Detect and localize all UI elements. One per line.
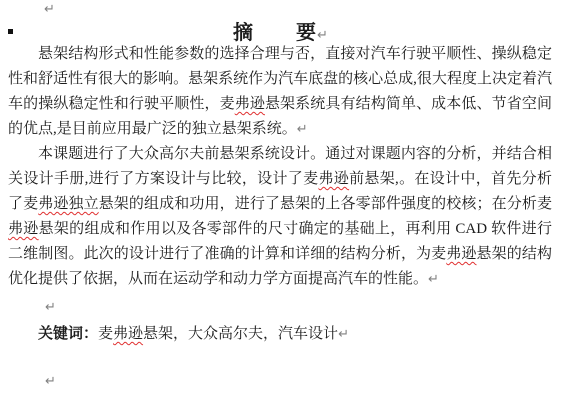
paragraph-mark-icon: ↵ [338, 327, 349, 342]
paragraph-abstract-1[interactable]: 悬架结构形式和性能参数的选择合理与否，直接对汽车行驶平顺性、操纵稳定性和舒适性有… [8, 42, 552, 142]
spellcheck-flagged-text: 弗逊 [235, 96, 265, 112]
paragraph-mark-icon: ↵ [297, 122, 308, 137]
document-page: ↵ 摘 要↵ 悬架结构形式和性能参数的选择合理与否，直接对汽车行驶平顺性、操纵稳… [0, 0, 562, 409]
spellcheck-flagged-text: 弗逊 [8, 221, 39, 237]
spellcheck-flagged-text: 弗逊 [113, 326, 143, 342]
text-run: 悬架的组成和功用，进行了悬架的上各零部件强度的校核；在分析麦 [99, 196, 552, 212]
keywords-label: 关键词： [38, 326, 98, 342]
spellcheck-flagged-text: 弗逊独立 [38, 196, 98, 212]
paragraph-mark-icon: ↵ [428, 272, 439, 287]
keywords-text: 麦弗逊悬架，大众高尔夫，汽车设计 [98, 326, 338, 342]
paragraph-keywords[interactable]: 关键词：麦弗逊悬架，大众高尔夫，汽车设计↵ [8, 322, 552, 347]
paragraph-abstract-2[interactable]: 本课题进行了大众高尔夫前悬架系统设计。通过对课题内容的分析，并结合相关设计手册,… [8, 142, 552, 292]
spellcheck-flagged-text: 弗逊 [318, 171, 349, 187]
paragraph-mark-icon: ↵ [317, 28, 329, 43]
spellcheck-flagged-text: 弗逊 [446, 246, 476, 262]
paragraph-text: 悬架结构形式和性能参数的选择合理与否，直接对汽车行驶平顺性、操纵稳定性和舒适性有… [8, 46, 552, 137]
paragraph-text: 本课题进行了大众高尔夫前悬架系统设计。通过对课题内容的分析，并结合相关设计手册,… [8, 146, 552, 287]
paragraph-mark-icon: ↵ [45, 375, 56, 388]
paragraph-mark-icon: ↵ [44, 3, 55, 16]
page-title[interactable]: 摘 要↵ [0, 16, 562, 45]
text-run: 悬架，大众高尔夫，汽车设计 [143, 326, 338, 342]
paragraph-mark-icon: ↵ [45, 301, 56, 314]
text-run: 麦 [98, 326, 113, 342]
title-text: 摘 要 [233, 22, 317, 44]
